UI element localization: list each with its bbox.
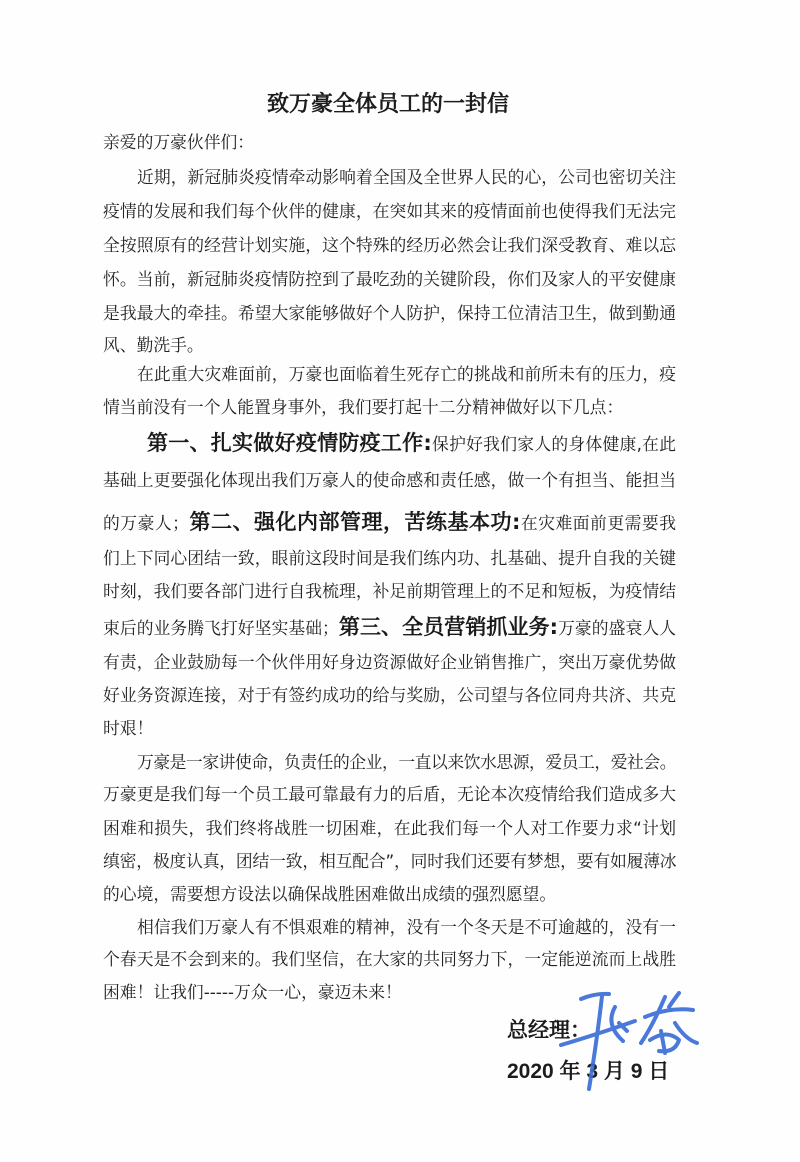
body-text: 基础上更要强化体现出我们万豪人的使命感和责任感，做一个有担当、能担当 — [103, 470, 676, 490]
body-text: 有责，企业鼓励每一个伙伴用好身边资源做好企业销售推广，突出万豪优势做 — [103, 652, 676, 672]
body-line: 缜密，极度认真，团结一致，相互配合”，同时我们还要有梦想，要有如履薄冰 — [103, 844, 676, 878]
key-point-1-heading: 第一、扎实做好疫情防疫工作: — [147, 431, 432, 455]
body-text: 束后的业务腾飞打好坚实基础； — [103, 618, 339, 638]
body-line: 好业务资源连接，对于有签约成功的给与奖励，公司望与各位同舟共济、共克 — [103, 678, 676, 712]
body-line: 束后的业务腾飞打好坚实基础；第三、全员营销抓业务:万豪的盛衰人人 — [103, 610, 676, 644]
letter-title: 致万豪全体员工的一封信 — [267, 88, 509, 122]
body-line: 第一、扎实做好疫情防疫工作:保护好我们家人的身体健康,在此 — [103, 426, 676, 460]
body-line: 全按照原有的经营计划实施，这个特殊的经历必然会让我们深受教育、难以忘 — [103, 228, 676, 262]
body-text: 时刻，我们要各部门进行自我梳理，补足前期管理上的不足和短板，为疫情结 — [103, 581, 676, 601]
body-line: 万豪更是我们每一个员工最可靠最有力的后盾，无论本次疫情给我们造成多大 — [103, 777, 676, 811]
body-line: 是我最大的牵挂。希望大家能够做好个人防护，保持工位清洁卫生，做到勤通 — [103, 296, 676, 330]
body-line: 的心境，需要想方设法以确保战胜困难做出成绩的强烈愿望。 — [103, 877, 676, 911]
body-line: 相信我们万豪人有不惧艰难的精神，没有一个冬天是不可逾越的，没有一 — [103, 910, 676, 944]
body-line: 基础上更要强化体现出我们万豪人的使命感和责任感，做一个有担当、能担当 — [103, 463, 676, 497]
body-line: 的万豪人；第二、强化内部管理，苦练基本功:在灾难面前更需要我 — [103, 505, 676, 539]
body-line: 万豪是一家讲使命，负责任的企业，一直以来饮水思源，爱员工，爱社会。 — [103, 745, 676, 779]
body-line: 近期，新冠肺炎疫情牵动影响着全国及全世界人民的心，公司也密切关注 — [103, 160, 676, 194]
salutation: 亲爱的万豪伙伴们： — [103, 125, 676, 159]
body-line: 疫情的发展和我们每个伙伴的健康，在突如其来的疫情面前也使得我们无法完 — [103, 194, 676, 228]
body-line: 个春天是不会到来的。我们坚信，在大家的共同努力下，一定能逆流而上战胜 — [103, 942, 676, 976]
body-text: 的万豪人； — [103, 513, 189, 533]
body-text: 好业务资源连接，对于有签约成功的给与奖励，公司望与各位同舟共济、共克 — [103, 685, 676, 705]
body-line: 怀。当前，新冠肺炎疫情防控到了最吃劲的关键阶段，你们及家人的平安健康 — [103, 262, 676, 296]
body-line: 有责，企业鼓励每一个伙伴用好身边资源做好企业销售推广，突出万豪优势做 — [103, 645, 676, 679]
body-line: 情当前没有一个人能置身事外，我们要打起十二分精神做好以下几点： — [103, 390, 676, 424]
key-point-2-heading: 第二、强化内部管理，苦练基本功: — [189, 510, 520, 534]
body-line: 困难和损失，我们终将战胜一切困难，在此我们每一个人对工作要力求“计划 — [103, 811, 676, 845]
body-text: 万豪的盛衰人人 — [558, 618, 676, 638]
scanned-letter-page: 致万豪全体员工的一封信 亲爱的万豪伙伴们： 近期，新冠肺炎疫情牵动影响着全国及全… — [0, 0, 800, 1162]
body-line: 时刻，我们要各部门进行自我梳理，补足前期管理上的不足和短板，为疫情结 — [103, 574, 676, 608]
key-point-3-heading: 第三、全员营销抓业务: — [339, 615, 558, 639]
body-text: 在灾难面前更需要我 — [520, 513, 676, 533]
handwritten-signature-icon — [555, 985, 705, 1097]
body-text: 保护好我们家人的身体健康,在此 — [432, 434, 676, 454]
body-text: 时艰！ — [103, 718, 153, 738]
body-line: 时艰！ — [103, 711, 676, 745]
body-text: 们上下同心团结一致，眼前这段时间是我们练内功、扎基础、提升自我的关键 — [103, 548, 676, 568]
body-line: 在此重大灾难面前，万豪也面临着生死存亡的挑战和前所未有的压力，疫 — [103, 357, 676, 391]
body-line: 们上下同心团结一致，眼前这段时间是我们练内功、扎基础、提升自我的关键 — [103, 541, 676, 575]
